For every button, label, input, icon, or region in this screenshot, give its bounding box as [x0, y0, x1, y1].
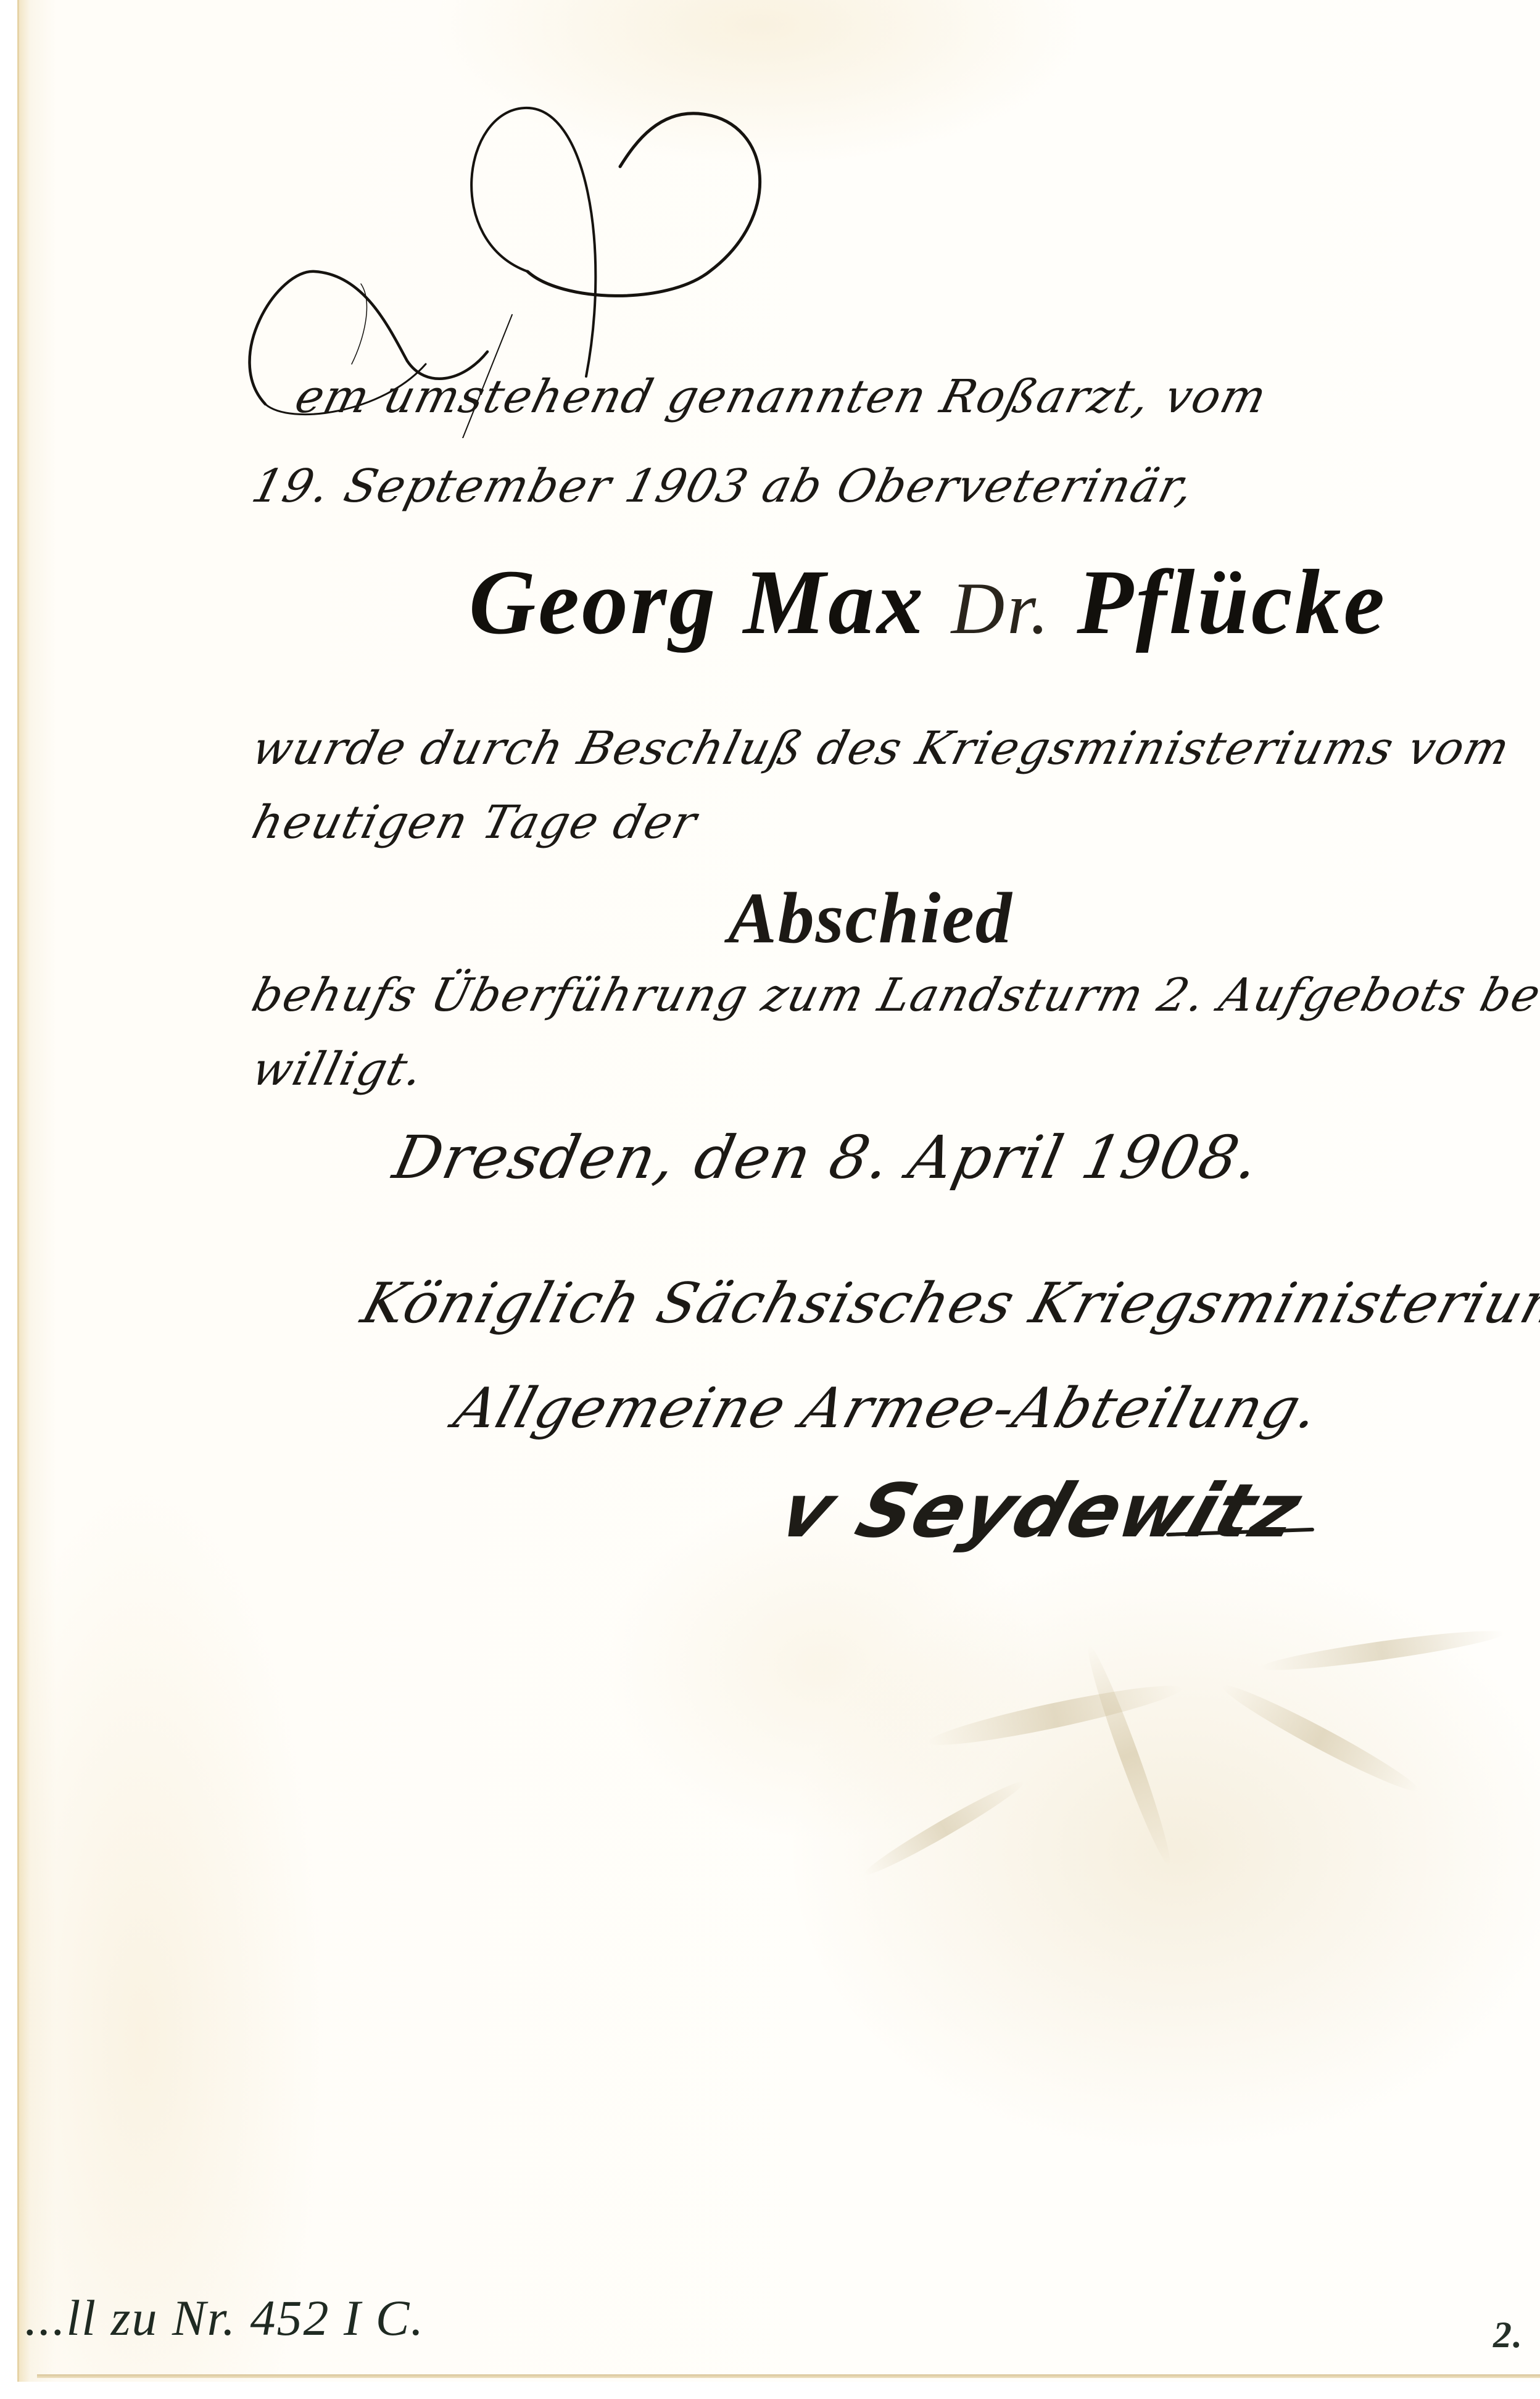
document-heading: Abschied [728, 876, 1013, 960]
recipient-name: Georg Max Dr. Pflücke [469, 549, 1387, 655]
recipient-given-names: Georg Max [469, 551, 925, 653]
text-line-4: wurde durch Beschluß des Kriegsministeri… [247, 722, 1516, 775]
text-line-5: heutigen Tage der [247, 796, 703, 849]
authority-line-2: Allgemeine Armee-Abteilung. [447, 1376, 1328, 1441]
text-line-7: behufs Überführung zum Landsturm 2. Aufg… [247, 969, 1540, 1022]
recipient-title: Dr. [951, 567, 1051, 649]
page-number: 2. [1493, 2314, 1523, 2356]
authority-line-1: Königlich Sächsisches Kriegsministerium. [355, 1271, 1540, 1336]
reference-note: ...ll zu Nr. 452 I C. [25, 2289, 424, 2347]
date-line: Dresden, den 8. April 1908. [387, 1123, 1266, 1192]
text-line-1: em umstehend genannten Roßarzt, vom [290, 370, 1273, 423]
text-line-8: willigt. [247, 1043, 429, 1096]
signature: v Seydewitz [769, 1469, 1312, 1554]
paper-bottom-edge [37, 2374, 1540, 2378]
recipient-surname: Pflücke [1077, 551, 1387, 653]
text-line-2: 19. September 1903 ab Oberveterinär, [247, 460, 1200, 513]
